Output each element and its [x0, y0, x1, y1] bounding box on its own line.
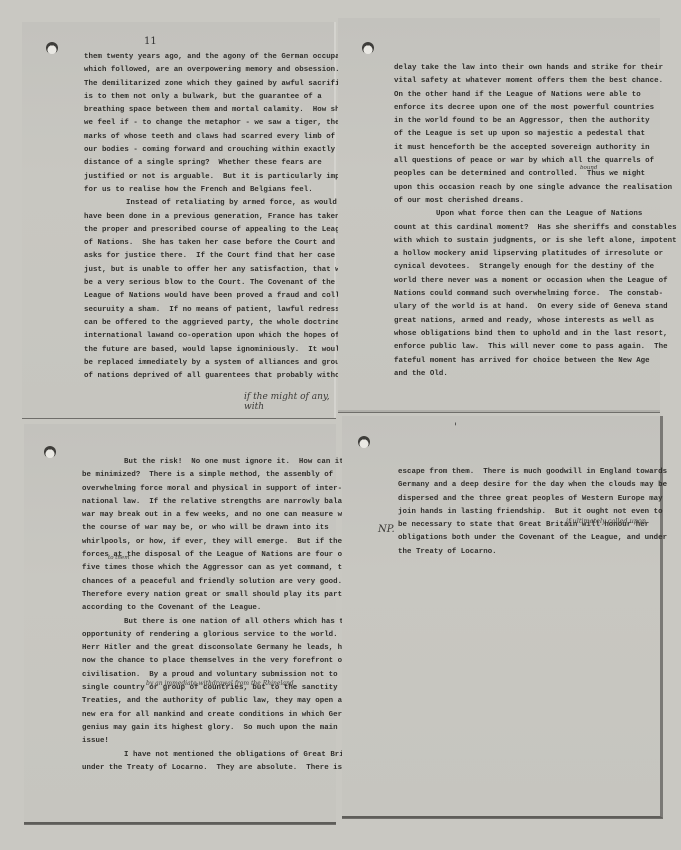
text-line: issue!: [82, 735, 362, 748]
text-line: Germany and a deep desire for the day wh…: [398, 479, 667, 492]
text-line: distance of a single spring? Whether the…: [84, 157, 367, 170]
typed-text-block: But the risk! No one must ignore it. How…: [82, 456, 362, 775]
typed-text-block: delay take the law into their own hands …: [394, 62, 677, 381]
document-page-top-left: 11 them twenty years ago, and the agony …: [22, 22, 336, 418]
text-line: all questions of peace or war by which a…: [394, 155, 677, 168]
text-line: upon this occasion reach by one single a…: [394, 182, 677, 195]
text-line: cynical devotees. Strangely enough for t…: [394, 261, 677, 274]
page-number-mark: ': [454, 422, 457, 433]
text-line: we feel if - to change the metaphor - we…: [84, 117, 367, 130]
text-line: peoples can be determined and controlled…: [394, 168, 677, 181]
text-line: international lawand co-operation upon w…: [84, 330, 367, 343]
text-line: fateful moment has arrived for choice be…: [394, 355, 677, 368]
text-line: according to the Covenant of the League.: [82, 602, 362, 615]
punch-hole: [44, 446, 56, 458]
text-line: chances of a peaceful and friendly solut…: [82, 576, 362, 589]
text-line: ulary of the world is at hand. On every …: [394, 301, 677, 314]
text-line: Instead of retaliating by armed force, a…: [84, 197, 367, 210]
handwritten-annotation: by an immediate withdrawal from the Rhin…: [146, 680, 294, 687]
text-line: opportunity of rendering a glorious serv…: [82, 629, 362, 642]
text-line: marks of whose teeth and claws had scarr…: [84, 131, 367, 144]
text-line: justified or not is arguable. But it is …: [84, 171, 367, 184]
text-line: The demilitarized zone which they gained…: [84, 78, 367, 91]
text-line: obligations both under the Covenant of t…: [398, 532, 667, 545]
handwritten-annotation: bound: [580, 165, 597, 171]
text-line: enforce public law. This will never come…: [394, 341, 677, 354]
text-line: under the Treaty of Locarno. They are ab…: [82, 762, 362, 775]
typed-text-block: them twenty years ago, and the agony of …: [84, 51, 367, 383]
text-line: in the world found to be an Aggressor, t…: [394, 115, 677, 128]
text-line: of our most cherished dreams.: [394, 195, 677, 208]
text-line: whose obligations bind them to uphold an…: [394, 328, 677, 341]
text-line: But there is one nation of all others wh…: [82, 616, 362, 629]
document-page-bottom-right: ' escape from them. There is much goodwi…: [342, 416, 663, 818]
text-line: Therefore every nation great or small sh…: [82, 589, 362, 602]
text-line: and the Old.: [394, 368, 677, 381]
punch-hole: [358, 436, 370, 448]
text-line: the Treaty of Locarno.: [398, 546, 667, 559]
text-line: world there never was a moment or occasi…: [394, 275, 677, 288]
text-line: dispersed and the three great peoples of…: [398, 493, 667, 506]
typed-text-block: escape from them. There is much goodwill…: [398, 466, 667, 559]
text-line: securuity a sham. If no means of patient…: [84, 304, 367, 317]
text-line: On the other hand if the League of Natio…: [394, 89, 677, 102]
text-line: the proper and prescribed course of appe…: [84, 224, 367, 237]
text-line: have been done in a previous generation,…: [84, 211, 367, 224]
text-line: enforce its decree upon one of the most …: [394, 102, 677, 115]
text-line: which followed, are an overpowering memo…: [84, 64, 367, 77]
text-line: five times those which the Aggressor can…: [82, 562, 362, 575]
document-page-top-right: delay take the law into their own hands …: [338, 18, 660, 412]
text-line: Nations could command such overwhelming …: [394, 288, 677, 301]
text-line: just, but is unable to offer her any sat…: [84, 264, 367, 277]
text-line: is to them not only a bulwark, but the g…: [84, 91, 367, 104]
document-page-bottom-left: But the risk! No one must ignore it. How…: [24, 424, 336, 824]
text-line: count at this cardinal moment? Has she s…: [394, 222, 677, 235]
text-line: be replaced immediately by a system of a…: [84, 357, 367, 370]
text-line: great nations, armed and ready, whose in…: [394, 315, 677, 328]
text-line: escape from them. There is much goodwill…: [398, 466, 667, 479]
text-line: the future are based, would lapse ignomi…: [84, 344, 367, 357]
text-line: I have not mentioned the obligations of …: [82, 749, 362, 762]
text-line: Herr Hitler and the great disconsolate G…: [82, 642, 362, 655]
text-line: for us to realise how the French and Bel…: [84, 184, 367, 197]
text-line: our bodies - coming forward and crouchin…: [84, 144, 367, 157]
text-line: now the chance to place themselves in th…: [82, 655, 362, 668]
text-line: war may break out in a few weeks, and no…: [82, 509, 362, 522]
punch-hole: [362, 42, 374, 54]
text-line: delay take the law into their own hands …: [394, 62, 677, 75]
text-line: the course of war may be, or who will be…: [82, 522, 362, 535]
text-line: of Nations. She has taken her case befor…: [84, 237, 367, 250]
text-line: League of Nations would have been proved…: [84, 290, 367, 303]
text-line: it must henceforth be the accepted sover…: [394, 142, 677, 155]
punch-hole: [46, 42, 58, 54]
text-line: Treaties, and the authority of public la…: [82, 695, 362, 708]
text-line: new era for all mankind and create condi…: [82, 709, 362, 722]
text-line: asks for justice there. If the Court fin…: [84, 250, 367, 263]
text-line: national law. If the relative strengths …: [82, 496, 362, 509]
text-line: them twenty years ago, and the agony of …: [84, 51, 367, 64]
text-line: be a very serious blow to the Court. The…: [84, 277, 367, 290]
text-line: be minimized? There is a simple method, …: [82, 469, 362, 482]
text-line: with which to sustain judgments, or is s…: [394, 235, 677, 248]
page-number-mark: 11: [144, 36, 157, 47]
text-line: Upon what force then can the League of N…: [394, 208, 677, 221]
text-line: whirlpools, or how, if ever, they will e…: [82, 536, 362, 549]
text-line: of the League is set up upon so majestic…: [394, 128, 677, 141]
handwritten-annotation: to them: [108, 555, 130, 561]
text-line: of nations deprived of all guarentees th…: [84, 370, 367, 383]
handwritten-annotation: NP.: [378, 524, 395, 535]
handwritten-annotation: if ultimately called upon: [566, 517, 646, 525]
text-line: can be offered to the aggrieved party, t…: [84, 317, 367, 330]
text-line: genius may gain its highest glory. So mu…: [82, 722, 362, 735]
text-line: But the risk! No one must ignore it. How…: [82, 456, 362, 469]
text-line: overwhelming force moral and physical in…: [82, 483, 362, 496]
text-line: breathing space between them and mortal …: [84, 104, 367, 117]
text-line: vital safety at whatever moment offers t…: [394, 75, 677, 88]
text-line: a hollow mockery amid lipserving platitu…: [394, 248, 677, 261]
handwritten-annotation: if the might of any, with: [244, 392, 334, 412]
